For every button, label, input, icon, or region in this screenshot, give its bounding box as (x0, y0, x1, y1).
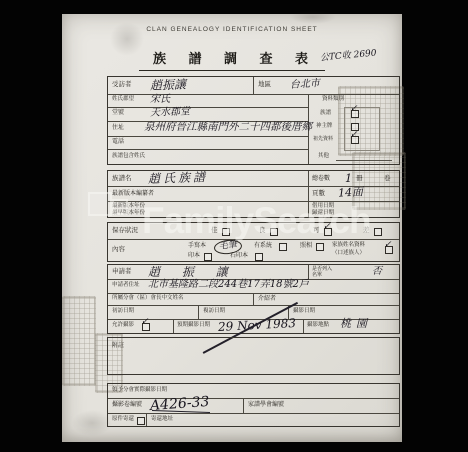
category-header: 資料類別 (322, 97, 344, 103)
pages-label: 頁數 (312, 191, 325, 198)
applicant-name-value: 趙 振 讓 (148, 266, 237, 278)
condition-state-label: 保存狀況 (112, 228, 138, 235)
systematic-checkbox (279, 243, 287, 251)
expected-date-value: 29 Nov 1983 (218, 317, 296, 333)
divider (173, 319, 174, 333)
address-label: 住址 (112, 125, 124, 131)
hall-label: 堂號 (112, 110, 124, 116)
condition-ok-label: 可 (313, 228, 320, 235)
divider (308, 171, 309, 217)
divider (108, 149, 308, 150)
condition-poor-label: 差 (363, 228, 370, 235)
english-header: CLAN GENEALOGY IDENTIFICATION SHEET (62, 27, 402, 34)
oral-record-label2: （口述族人） (332, 251, 365, 257)
applicant-address-label: 申請者住址 (112, 283, 140, 289)
return-address-label: 寄還地址 (151, 417, 173, 423)
divider (253, 77, 254, 94)
litho-label: 石印本 (230, 253, 248, 259)
notes-label: 附註 (112, 343, 124, 349)
divider (198, 305, 199, 319)
return-date-label: 歸還日期 (312, 211, 334, 217)
divider (253, 293, 254, 305)
oral-record-checkmark: ✓ (384, 241, 392, 250)
print-checkbox (204, 253, 212, 261)
systematic-label: 有系統 (254, 243, 272, 249)
condition-good-label: 佳 (211, 228, 218, 235)
category-ancestor-label: 祖先資料 (313, 137, 333, 142)
content-label: 內容 (112, 247, 125, 254)
applicant-address-value: 北市基隆路二段244巷17弄18號2戶 (148, 280, 309, 290)
address-value: 泉州府晉江縣南門外二十四都後厝鄉 (144, 122, 312, 133)
listed-label2: 名單 (312, 273, 322, 278)
condition-poor-checkbox (374, 228, 382, 236)
office-header-label: 領予分會實際攝影日期 (112, 388, 167, 394)
return-original-label: 原件寄還 (112, 417, 134, 423)
permit-checkmark: ✓ (141, 318, 149, 327)
region-label: 地區 (258, 82, 271, 89)
interviewee-value: 趙振讓 (150, 78, 186, 91)
print-label: 印本 (188, 253, 200, 259)
return-original-checkbox (137, 417, 145, 425)
photo-checkbox (316, 243, 324, 251)
applicant-table: 申請者 趙 振 讓 是否列入 名單 否 申請者住址 北市基隆路二段244巷17弄… (107, 264, 400, 334)
listed-value: 否 (372, 267, 382, 277)
divider (243, 398, 244, 413)
region-value: 台北市 (290, 79, 321, 91)
roll-number-label: 攝影卷編號 (112, 402, 142, 408)
first-visit-label: 初訪日期 (112, 309, 134, 315)
condition-table: 保存狀況 佳 良 可 ✓ 差 內容 手寫本 毛筆 有系統 照相 印本 石印本 家… (107, 222, 400, 262)
genealogy-table: 族譜名 趙氏族譜 總卷數 1 冊 卷 最新版本編纂者 頁數 14面 最新版本年份… (107, 170, 400, 218)
introducer-label: 介紹者 (258, 296, 276, 302)
seal-stamp-left-edge (62, 296, 96, 386)
location-value: 桃園 (340, 318, 372, 329)
watermark-logo-square-small (112, 199, 128, 215)
divider (108, 239, 399, 240)
surname-label: 姓氏郡望 (112, 97, 134, 103)
divider (308, 265, 309, 279)
condition-fine-checkbox (270, 228, 278, 236)
category-tablet-label: 神主牌 (316, 124, 333, 130)
category-other-line (336, 160, 392, 161)
society-number-label: 家譜學會編號 (248, 402, 284, 408)
litho-checkbox (255, 253, 263, 261)
surname-value: 宋氏 (150, 95, 170, 105)
photo-label: 照相 (300, 243, 312, 249)
pages-value: 14面 (338, 186, 364, 198)
borrow-date-label: 借用日期 (312, 204, 334, 210)
permit-label: 允許攝影 (112, 323, 134, 329)
compiler-label: 最新版本編纂者 (112, 191, 154, 197)
divider (303, 319, 304, 333)
location-label: 攝影地點 (307, 323, 329, 329)
volumes-unit-juan: 卷 (384, 176, 391, 183)
expected-date-label: 預期攝影日期 (177, 323, 210, 329)
paper-smudge (72, 410, 112, 436)
category-ancestor-checkmark: ✓ (350, 131, 358, 140)
volumes-label: 總卷數 (312, 176, 330, 182)
genealogy-title-value: 趙氏族譜 (148, 171, 208, 185)
category-genealogy-checkmark: ✓ (350, 105, 358, 114)
divider (108, 136, 308, 137)
category-genealogy-label: 族譜 (320, 111, 331, 117)
photo-date-label: 攝影日期 (293, 309, 315, 315)
interview-table: 受訪者 趙振讓 地區 台北市 姓氏郡望 宋氏 堂號 天水郡堂 住址 泉州府晉江縣… (107, 76, 400, 165)
category-other-label: 其他 (318, 154, 329, 160)
hall-value: 天水郡堂 (150, 107, 190, 118)
volumes-unit-ce: 冊 (356, 176, 363, 183)
office-table: 領予分會實際攝影日期 攝影卷編號 A426-33 家譜學會編號 原件寄還 寄還地… (107, 383, 400, 427)
condition-ok-checkmark: ✓ (323, 223, 331, 232)
second-visit-label: 複訪日期 (203, 309, 225, 315)
divider (108, 305, 399, 306)
watermark-logo-square (88, 192, 112, 216)
notes-box: 附註 (107, 337, 400, 375)
genealogy-title-label: 族譜名 (112, 176, 132, 183)
scanned-document-viewport: CLAN GENEALOGY IDENTIFICATION SHEET 族 譜 … (0, 0, 468, 452)
divider (108, 107, 308, 108)
applicant-name-label: 申請者 (112, 269, 132, 276)
condition-fine-label: 良 (259, 228, 266, 235)
interviewee-label: 受訪者 (112, 82, 132, 89)
handwritten-label: 手寫本 (188, 243, 206, 249)
genealogy-form-paper: CLAN GENEALOGY IDENTIFICATION SHEET 族 譜 … (62, 14, 402, 442)
divider (146, 413, 147, 426)
branch-president-label: 所屬分會（區）會長中文姓名 (112, 296, 184, 302)
chinese-title: 族 譜 調 查 表 (139, 48, 325, 71)
divider (108, 201, 399, 202)
volumes-value: 1 (345, 173, 352, 184)
phone-label: 電話 (112, 139, 124, 145)
oral-record-label: 家族姓名資料 (332, 243, 365, 249)
condition-good-checkbox (222, 228, 230, 236)
paper-smudge (290, 10, 336, 24)
included-surnames-label: 族譜包含姓氏 (112, 154, 145, 160)
